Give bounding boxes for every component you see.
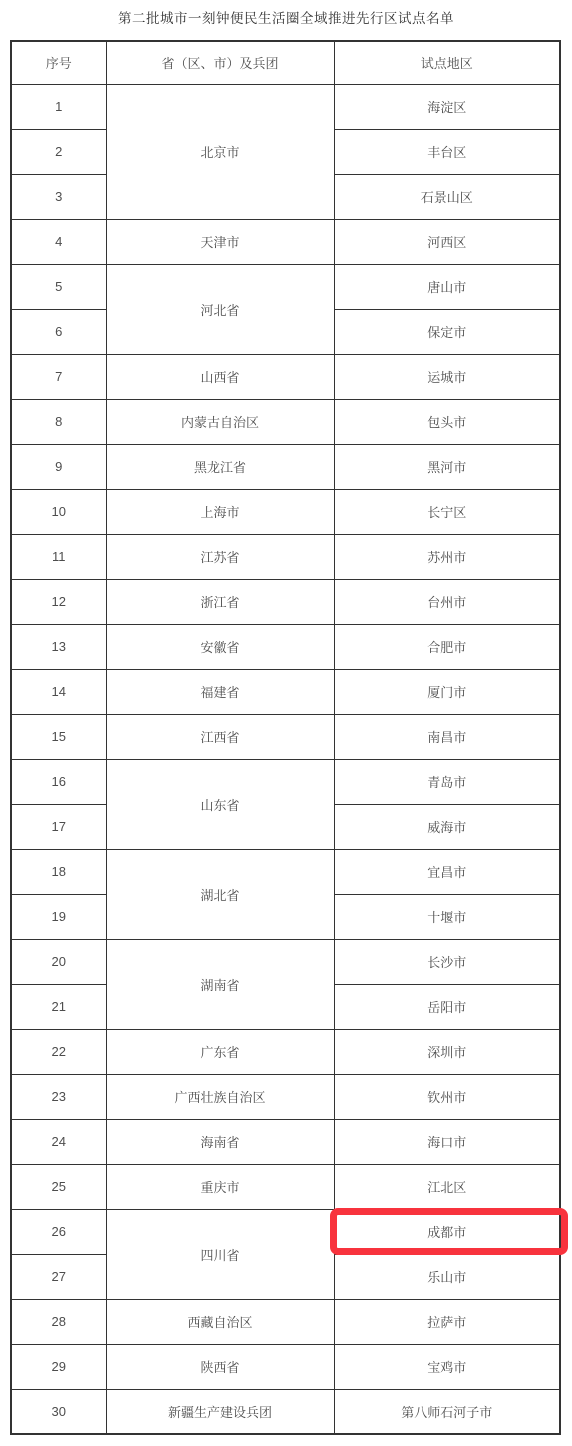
pilot-area-cell: 宝鸡市 [334,1344,560,1389]
table-row: 4天津市河西区 [11,219,560,264]
province-cell: 四川省 [106,1209,334,1299]
table-row: 13安徽省合肥市 [11,624,560,669]
pilot-area-cell: 宜昌市 [334,849,560,894]
page: 第二批城市一刻钟便民生活圈全域推进先行区试点名单 序号 省（区、市）及兵团 试点… [0,0,572,1446]
serial-number-cell: 7 [11,354,106,399]
pilot-areas-table: 序号 省（区、市）及兵团 试点地区 1北京市海淀区2丰台区3石景山区4天津市河西… [10,40,561,1435]
table-row: 30新疆生产建设兵团第八师石河子市 [11,1389,560,1434]
serial-number-cell: 1 [11,84,106,129]
header-serial-number: 序号 [11,41,106,84]
table-row: 10上海市长宁区 [11,489,560,534]
serial-number-cell: 10 [11,489,106,534]
province-cell: 北京市 [106,84,334,219]
pilot-area-cell: 乐山市 [334,1254,560,1299]
province-cell: 河北省 [106,264,334,354]
serial-number-cell: 8 [11,399,106,444]
province-cell: 山西省 [106,354,334,399]
table-row: 25重庆市江北区 [11,1164,560,1209]
serial-number-cell: 22 [11,1029,106,1074]
pilot-area-cell: 唐山市 [334,264,560,309]
province-cell: 山东省 [106,759,334,849]
pilot-area-cell: 海淀区 [334,84,560,129]
pilot-area-cell: 第八师石河子市 [334,1389,560,1434]
serial-number-cell: 5 [11,264,106,309]
serial-number-cell: 26 [11,1209,106,1254]
serial-number-cell: 16 [11,759,106,804]
province-cell: 黑龙江省 [106,444,334,489]
pilot-area-cell: 长沙市 [334,939,560,984]
serial-number-cell: 11 [11,534,106,579]
pilot-area-cell: 十堰市 [334,894,560,939]
table-row: 9黑龙江省黑河市 [11,444,560,489]
pilot-area-cell: 包头市 [334,399,560,444]
serial-number-cell: 27 [11,1254,106,1299]
table-row: 18湖北省宜昌市 [11,849,560,894]
pilot-area-cell: 岳阳市 [334,984,560,1029]
pilot-area-cell: 合肥市 [334,624,560,669]
pilot-area-cell-highlighted: 成都市 [334,1209,560,1254]
province-cell: 湖北省 [106,849,334,939]
province-cell: 新疆生产建设兵团 [106,1389,334,1434]
pilot-area-cell: 深圳市 [334,1029,560,1074]
table-row: 22广东省深圳市 [11,1029,560,1074]
province-cell: 海南省 [106,1119,334,1164]
header-pilot-area: 试点地区 [334,41,560,84]
header-province: 省（区、市）及兵团 [106,41,334,84]
serial-number-cell: 30 [11,1389,106,1434]
pilot-area-cell: 保定市 [334,309,560,354]
serial-number-cell: 19 [11,894,106,939]
table-row: 12浙江省台州市 [11,579,560,624]
pilot-area-cell: 黑河市 [334,444,560,489]
serial-number-cell: 3 [11,174,106,219]
province-cell: 福建省 [106,669,334,714]
pilot-area-cell: 厦门市 [334,669,560,714]
serial-number-cell: 13 [11,624,106,669]
pilot-area-cell: 江北区 [334,1164,560,1209]
province-cell: 西藏自治区 [106,1299,334,1344]
province-cell: 浙江省 [106,579,334,624]
pilot-area-cell: 南昌市 [334,714,560,759]
table-row: 11江苏省苏州市 [11,534,560,579]
pilot-area-cell: 威海市 [334,804,560,849]
table-row: 1北京市海淀区 [11,84,560,129]
pilot-area-cell: 河西区 [334,219,560,264]
table-header-row: 序号 省（区、市）及兵团 试点地区 [11,41,560,84]
pilot-area-cell: 海口市 [334,1119,560,1164]
province-cell: 内蒙古自治区 [106,399,334,444]
serial-number-cell: 23 [11,1074,106,1119]
province-cell: 陕西省 [106,1344,334,1389]
serial-number-cell: 17 [11,804,106,849]
table-row: 14福建省厦门市 [11,669,560,714]
table-row: 24海南省海口市 [11,1119,560,1164]
table-row: 15江西省南昌市 [11,714,560,759]
serial-number-cell: 21 [11,984,106,1029]
serial-number-cell: 9 [11,444,106,489]
serial-number-cell: 4 [11,219,106,264]
province-cell: 广西壮族自治区 [106,1074,334,1119]
province-cell: 江苏省 [106,534,334,579]
page-title: 第二批城市一刻钟便民生活圈全域推进先行区试点名单 [0,7,572,27]
serial-number-cell: 15 [11,714,106,759]
serial-number-cell: 12 [11,579,106,624]
table-row: 7山西省运城市 [11,354,560,399]
serial-number-cell: 6 [11,309,106,354]
serial-number-cell: 24 [11,1119,106,1164]
province-cell: 湖南省 [106,939,334,1029]
table-row: 28西藏自治区拉萨市 [11,1299,560,1344]
pilot-area-cell: 丰台区 [334,129,560,174]
province-cell: 天津市 [106,219,334,264]
serial-number-cell: 14 [11,669,106,714]
pilot-area-cell: 台州市 [334,579,560,624]
province-cell: 江西省 [106,714,334,759]
pilot-area-cell: 运城市 [334,354,560,399]
province-cell: 重庆市 [106,1164,334,1209]
serial-number-cell: 28 [11,1299,106,1344]
table-row: 8内蒙古自治区包头市 [11,399,560,444]
serial-number-cell: 20 [11,939,106,984]
table-row: 23广西壮族自治区钦州市 [11,1074,560,1119]
province-cell: 广东省 [106,1029,334,1074]
pilot-area-cell: 长宁区 [334,489,560,534]
province-cell: 安徽省 [106,624,334,669]
pilot-area-cell: 苏州市 [334,534,560,579]
table-row: 26四川省成都市 [11,1209,560,1254]
serial-number-cell: 2 [11,129,106,174]
province-cell: 上海市 [106,489,334,534]
serial-number-cell: 29 [11,1344,106,1389]
table-row: 29陕西省宝鸡市 [11,1344,560,1389]
serial-number-cell: 25 [11,1164,106,1209]
pilot-area-cell: 青岛市 [334,759,560,804]
table-row: 16山东省青岛市 [11,759,560,804]
serial-number-cell: 18 [11,849,106,894]
table-row: 5河北省唐山市 [11,264,560,309]
pilot-area-cell: 钦州市 [334,1074,560,1119]
table-row: 20湖南省长沙市 [11,939,560,984]
pilot-area-cell: 拉萨市 [334,1299,560,1344]
pilot-area-cell: 石景山区 [334,174,560,219]
